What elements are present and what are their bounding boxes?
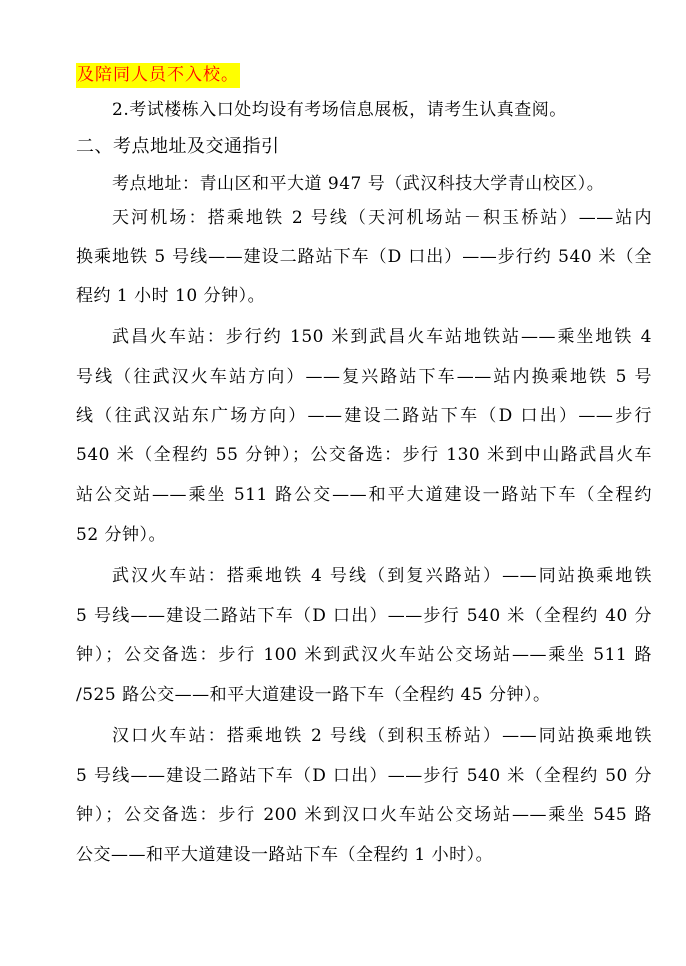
paragraph-item-2: 2.考试楼栋入口处均设有考场信息展板，请考生认真查阅。 xyxy=(112,99,652,121)
hankou-line-1: 汉口火车站：搭乘地铁 2 号线（到积玉桥站）——同站换乘地铁 xyxy=(112,725,652,747)
wuhan-line-2: 5 号线——建设二路站下车（D 口出）——步行 540 米（全程约 40 分 xyxy=(76,605,652,627)
wuhan-line-1: 武汉火车站：搭乘地铁 4 号线（到复兴路站）——同站换乘地铁 xyxy=(112,565,652,587)
wuchang-line-4: 540 米（全程约 55 分钟）；公交备选：步行 130 米到中山路武昌火车 xyxy=(76,444,652,466)
wuhan-line-3: 钟）；公交备选：步行 100 米到武汉火车站公交场站——乘坐 511 路 xyxy=(76,644,652,666)
wuchang-line-2: 号线（往武汉火车站方向）——复兴路站下车——站内换乘地铁 5 号 xyxy=(76,366,652,388)
section-heading: 二、考点地址及交通指引 xyxy=(76,136,652,158)
tianhe-line-1: 天河机场：搭乘地铁 2 号线（天河机场站－积玉桥站）——站内 xyxy=(112,207,652,229)
highlighted-text-line: 及陪同人员不入校。 xyxy=(76,64,652,86)
hankou-line-3: 钟）；公交备选：步行 200 米到汉口火车站公交场站——乘坐 545 路 xyxy=(76,804,652,826)
wuchang-line-5: 站公交站——乘坐 511 路公交——和平大道建设一路站下车（全程约 xyxy=(76,484,652,506)
wuhan-line-4: /525 路公交——和平大道建设一路下车（全程约 45 分钟）。 xyxy=(76,684,652,706)
wuchang-line-1: 武昌火车站：步行约 150 米到武昌火车站地铁站——乘坐地铁 4 xyxy=(112,326,652,348)
hankou-line-4: 公交——和平大道建设一路站下车（全程约 1 小时）。 xyxy=(76,844,652,866)
highlighted-notice: 及陪同人员不入校。 xyxy=(76,63,240,88)
tianhe-line-2: 换乘地铁 5 号线——建设二路站下车（D 口出）——步行约 540 米（全 xyxy=(76,246,652,268)
hankou-line-2: 5 号线——建设二路站下车（D 口出）——步行 540 米（全程约 50 分 xyxy=(76,765,652,787)
wuchang-line-3: 线（往武汉站东广场方向）——建设二路站下车（D 口出）——步行 xyxy=(76,405,652,427)
tianhe-line-3: 程约 1 小时 10 分钟）。 xyxy=(76,285,652,307)
wuchang-line-6: 52 分钟）。 xyxy=(76,524,652,546)
exam-address: 考点地址：青山区和平大道 947 号（武汉科技大学青山校区）。 xyxy=(112,173,652,195)
